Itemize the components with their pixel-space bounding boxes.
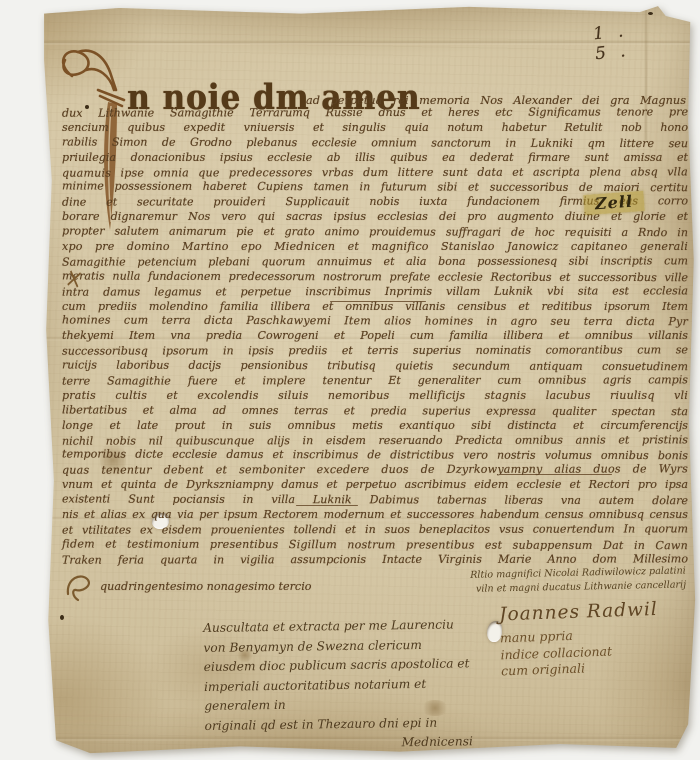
parchment-shadow: 1. 5. n noie dm amen ad perpetua rei mem… bbox=[0, 0, 700, 760]
photo-of-charter: 1. 5. n noie dm amen ad perpetua rei mem… bbox=[0, 0, 700, 760]
parchment-sheet: 1. 5. n noie dm amen ad perpetua rei mem… bbox=[0, 0, 700, 760]
notary-line: Mednicensi bbox=[205, 732, 491, 755]
ink-speck bbox=[648, 12, 653, 15]
body-line: successoribusq ipsorum in ipsis prediis … bbox=[62, 344, 688, 360]
body-line: intra damus legamus et perpetue inscribi… bbox=[62, 284, 688, 300]
date-flourish-icon bbox=[64, 570, 94, 604]
notary-note: Auscultata et extracta per me Laurenciuv… bbox=[203, 615, 491, 755]
body-line: terre Samagithie fuere et implere tenent… bbox=[62, 373, 688, 389]
relatio-note: Rltio magnifici Nicolai Radiwilowicz pal… bbox=[436, 564, 687, 596]
body-line: sencium quibus expedit vniuersis et sing… bbox=[62, 121, 688, 136]
body-line: vnum et quinta de Dyrkszniampny damus et… bbox=[62, 478, 688, 493]
manuscript-body: dux Lithwanie Samagithie Terrarumq Russi… bbox=[62, 106, 688, 568]
body-line: pratis cultis et excolendis siluis nemor… bbox=[62, 389, 688, 404]
body-line: existenti Sunt pociansis in villa Luknik… bbox=[62, 493, 688, 510]
body-line: quamuis ipse omnia que predecessores vrb… bbox=[62, 165, 688, 181]
body-line: meratis nulla fundacionem predecessorum … bbox=[62, 269, 688, 286]
notary-line: imperiali auctoritatibus notarium et gen… bbox=[204, 674, 491, 717]
body-line: homines cum terra dicta Paschkawyemi Ite… bbox=[62, 314, 688, 331]
body-line: Samagithie petencium plebani quorum annu… bbox=[62, 254, 688, 270]
notary-line: eiusdem dioc publicum sacris apostolica … bbox=[204, 654, 490, 677]
body-line: fidem et testimonium presentibus Sigillu… bbox=[62, 537, 688, 554]
body-line: thekyemi Item vna predia Cowrogeni et Po… bbox=[62, 329, 688, 344]
zell-annotation: Zell bbox=[583, 191, 644, 215]
notary-line: Auscultata et extracta per me Laurenciu bbox=[203, 615, 489, 638]
body-line: priuilegia donacionibus ipsius ecclesie … bbox=[62, 151, 688, 166]
body-line: propter salutem animarum pie et grato an… bbox=[62, 225, 688, 242]
body-line: longe et late prout in suis omnibus meti… bbox=[62, 419, 688, 434]
body-line: et vtilitates ex eisdem prouenientes tol… bbox=[62, 522, 688, 538]
body-line: xpo pre domino Martino epo Miednicen et … bbox=[62, 240, 688, 255]
body-line: nis et alias ex qua via per ipsum Rector… bbox=[62, 508, 688, 523]
body-line: dux Lithwanie Samagithie Terrarumq Russi… bbox=[62, 105, 688, 121]
fold-crease bbox=[42, 40, 690, 45]
body-line: rabilis Simon de Grodno plebanus ecclesi… bbox=[62, 135, 688, 152]
body-line: quas tenentur debent et semboniter exced… bbox=[62, 463, 688, 479]
date-line: quadringentesimo nonagesimo tercio bbox=[100, 580, 312, 593]
body-line: libertatibus et alma ad omnes terras et … bbox=[62, 403, 688, 420]
ink-speck bbox=[60, 615, 64, 620]
signature-block: Joannes Radwilmanu ppriaindice collacion… bbox=[499, 594, 697, 680]
archival-number: 1. 5. bbox=[592, 16, 680, 65]
